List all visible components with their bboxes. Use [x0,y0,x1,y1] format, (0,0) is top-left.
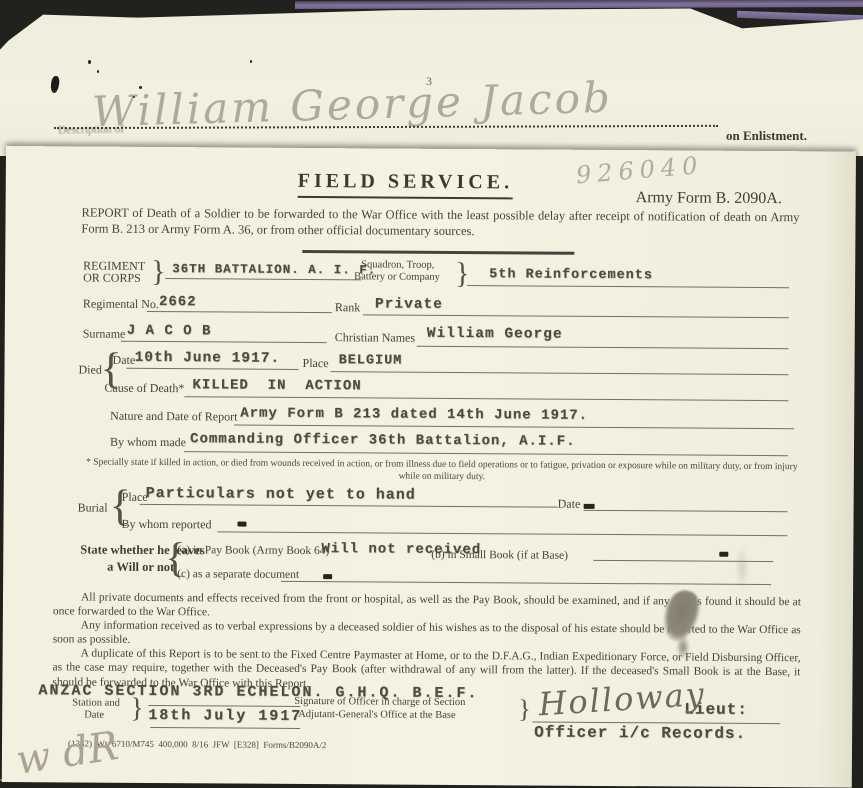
regiment-label-2: OR CORPS [83,271,141,286]
station-typed-value: ANZAC SECTION 3RD ECHELON. G.H.Q. B.E.F. [38,682,478,702]
ink-speck [250,60,252,63]
rule-nature [234,425,794,430]
form-reference: Army Form B. 2090A. [636,189,782,208]
squadron-value: 5th Reinforcements [489,267,653,283]
description-label: Description of [58,123,124,136]
squadron-label-2: Battery or Company [354,271,440,283]
typed-mark [584,504,595,509]
will-a-label: (a) in Pay Book (Army Book 64) [177,544,329,557]
station-date-value: 18th July 1917 [148,707,302,725]
cause-of-death-value: KILLED IN ACTION [192,377,361,394]
page-edge-purple-2 [737,11,863,22]
ink-speck [139,86,142,89]
burial-place-label: Place [122,490,148,505]
ink-blot-tail [676,634,690,660]
surname-label: Surname [83,327,126,342]
scanned-document: 3 William George Jacob Description of on… [0,0,863,788]
regiment-brace: } [151,257,166,287]
ink-speck [88,60,91,64]
burial-label: Burial [78,500,108,515]
died-place-value: BELGIUM [339,353,403,368]
cause-footnote: * Specially state if killed in action, o… [82,457,802,486]
typed-mark [323,574,332,579]
enlistment-label: on Enlistment. [726,128,807,144]
regimental-no-value: 2662 [159,294,197,310]
rule-christian-names [417,346,789,349]
ink-speck [97,70,99,73]
died-date-label: Date [113,353,136,368]
rule-rank [363,314,789,318]
christian-names-label: Christian Names [335,330,415,346]
serial-number-pencil: 926040 [575,151,704,189]
pencil-initials: w dR [13,723,121,784]
signature-title: Officer i/c Records. [534,724,746,743]
nature-of-report-value: Army Form B 213 dated 14th June 1917. [240,406,588,424]
christian-names-value: William George [427,326,563,343]
rule-burial-date [584,510,788,512]
died-label: Died [78,362,101,377]
rule-cause [184,396,788,401]
regiment-value: 36TH BATTALION. A. I. F. [172,262,376,277]
rule-squadron [467,285,789,288]
report-instruction: REPORT of Death of a Soldier to be forwa… [81,205,799,242]
will-c-label: (c) as a separate document [177,568,299,581]
header-divider [302,250,574,255]
signature-brace: } [518,696,531,722]
squadron-label-1: Squadron, Troop, [361,259,434,270]
by-whom-made-label: By whom made [110,435,186,451]
page-edge-purple [295,0,863,9]
rule-will-c [281,581,771,585]
station-label-2: Date [84,710,104,721]
rule-surname [121,341,327,343]
typed-mark [719,552,728,557]
nature-of-report-label: Nature and Date of Report [110,409,237,425]
burial-date-label: Date [558,497,581,512]
smudge [738,546,746,590]
ink-speck [133,96,135,98]
rule-regiment [165,278,361,280]
signature-label-2: Adjutant-General's Office at the Base [298,709,455,721]
died-date-value: 10th June 1917. [135,350,281,367]
burial-reported-label: By whom reported [121,517,211,533]
regimental-no-label: Regimental No. [83,297,159,313]
top-sheet: 3 William George Jacob Description of on… [0,4,863,156]
died-place-label: Place [303,356,329,371]
cause-of-death-label: Cause of Death* [104,381,184,397]
by-whom-made-value: Commanding Officer 36th Battalion, A.I.F… [190,431,576,450]
rule-died-date [127,368,299,370]
rule-burial-place [140,504,558,508]
rule-regimental-no [147,311,332,313]
surname-value: J A C O B [127,323,212,340]
will-a-value: Will not received [321,541,481,558]
typed-mark [237,522,246,527]
rule-station-bottom [150,727,300,729]
rule-by-whom [184,451,788,456]
rank-label: Rank [335,300,360,315]
rule-burial-reported [217,531,787,536]
rank-value: Private [375,296,443,312]
burial-place-value: Particulars not yet to hand [146,485,416,504]
rule-died-place [331,371,789,375]
form-title: FIELD SERVICE. [298,170,514,199]
field-service-form: 926040 FIELD SERVICE. Army Form B. 2090A… [2,146,856,788]
